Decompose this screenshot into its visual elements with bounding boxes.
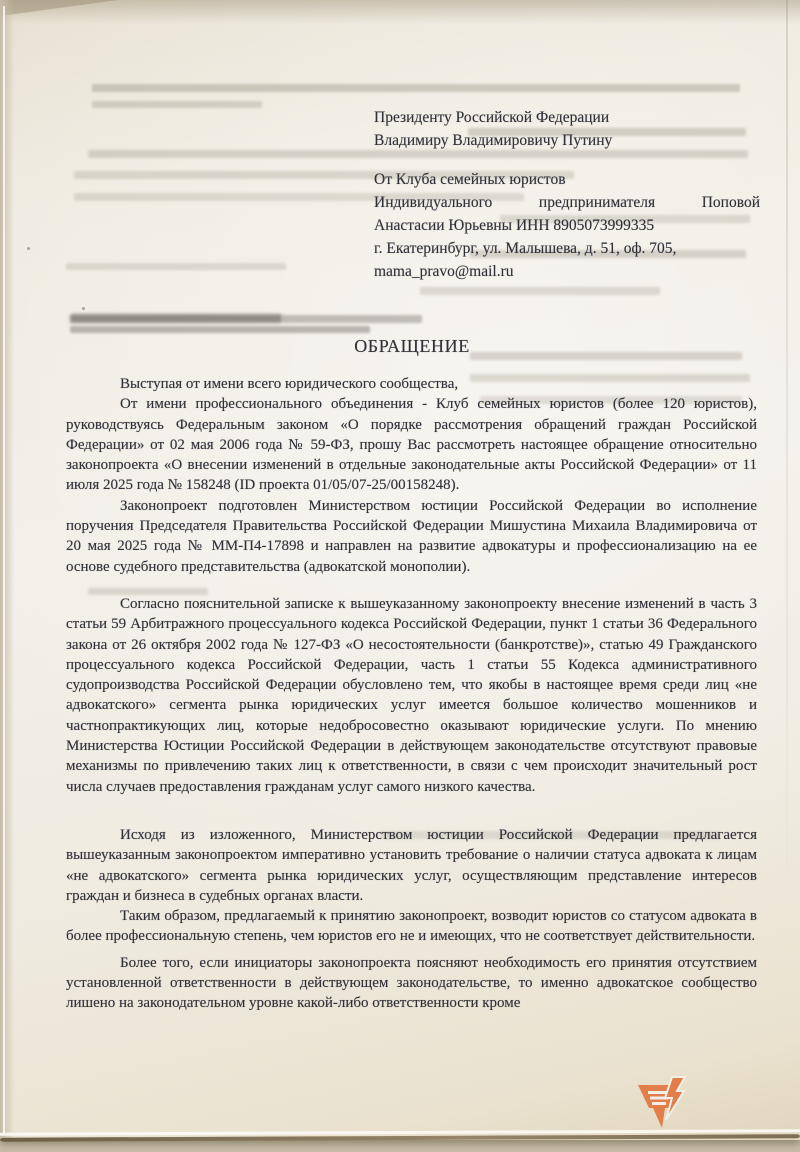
paragraph: Выступая от имени всего юридического соо… [66,374,757,394]
bleed-through-line [282,315,422,323]
paper-page: Президенту Российской Федерации Владимир… [0,0,800,1140]
page-right-crease [786,0,788,920]
page-title: ОБРАЩЕНИЕ [66,336,758,357]
page-top-shadow [0,0,800,24]
bleed-through-line [420,287,660,295]
document-body: Выступая от имени всего юридического соо… [66,374,757,1014]
sender-email: mama_pravo@mail.ru [374,260,760,283]
bleed-through-line [92,101,262,108]
paragraph: Законопроект подготовлен Министерством ю… [66,496,757,577]
document-photo: Президенту Российской Федерации Владимир… [0,0,800,1152]
recipient-line: Президенту Российской Федерации [374,106,760,129]
sender-line: Индивидуального предпринимателя Поповой [374,191,760,214]
sender-line: г. Екатеринбург, ул. Малышева, д. 51, оф… [374,237,760,260]
bleed-through-line [92,84,740,92]
address-gap [374,152,760,168]
recipient-line: Владимиру Владимировичу Путину [374,129,760,152]
address-block: Президенту Российской Федерации Владимир… [374,106,760,283]
paragraph: Таким образом, предлагаемый к принятию з… [66,906,757,947]
sender-line: От Клуба семейных юристов [374,168,760,191]
paper-speck [27,247,30,250]
bleed-through-line [66,263,286,270]
paragraph: Более того, если инициаторы законопроект… [66,953,757,1014]
paragraph: Исходя из изложенного, Министерством юст… [66,825,757,906]
paragraph: Согласно пояснительной записке к вышеука… [66,594,757,797]
bleed-through-line [70,326,370,333]
funnel-bolt-logo-icon [636,1076,688,1134]
paragraph: От имени профессионального объединения -… [66,394,757,495]
page-bottom-edge [0,1134,800,1141]
paper-speck [82,307,85,310]
bleed-through-smudge [70,314,282,323]
page-left-highlight [3,6,5,1134]
sender-line: Анастасии Юрьевны ИНН 8905073999335 [374,214,760,237]
